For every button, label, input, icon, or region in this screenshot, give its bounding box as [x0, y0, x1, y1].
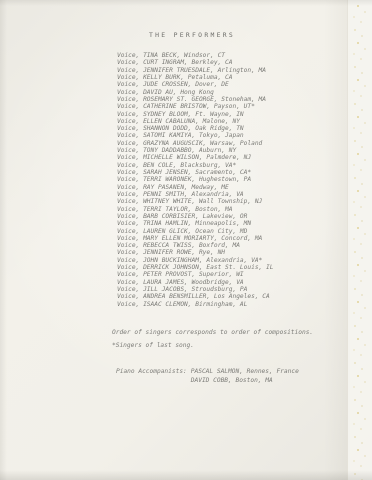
torn-edge-texture — [347, 0, 372, 480]
list-item: Voice, LAURA JAMES, Woodbridge, VA — [117, 279, 273, 286]
list-item: Voice, WHITNEY WHITE, Wall Township, NJ — [117, 198, 273, 205]
list-item: Voice, ELLEN CABALUNA, Malone, NY — [117, 118, 273, 125]
list-item: Voice, BEN COLE, Blacksburg, VA* — [117, 162, 273, 169]
list-item: Voice, ROSEMARY ST. GEORGE, Stoneham, MA — [117, 96, 273, 103]
list-item: Voice, CATHERINE BRISTOW, Payson, UT* — [117, 103, 273, 110]
list-item: Voice, REBECCA TWISS, Boxford, MA — [117, 242, 273, 249]
list-item: Voice, JENNIFER TRUESDALE, Arlington, MA — [117, 67, 273, 74]
list-item: Voice, ANDREA BENSMILLER, Los Angeles, C… — [117, 293, 273, 300]
list-item: Voice, MICHELLE WILSON, Palmdere, NJ — [117, 154, 273, 161]
list-item: Voice, KELLY BURK, Petaluma, CA — [117, 74, 273, 81]
list-item: Voice, SATOMI KAMIYA, Tokyo, Japan — [117, 132, 273, 139]
list-item: Voice, JOHN BUCKINGHAM, Alexandria, VA* — [117, 257, 273, 264]
list-item: Voice, TONY DADDABBO, Auburn, NY — [117, 147, 273, 154]
list-item: Voice, LAUREN GLICK, Ocean City, MD — [117, 228, 273, 235]
list-item: Voice, ISAAC CLEMON, Birmingham, AL — [117, 301, 273, 308]
accompanists-names: PASCAL SALMON, Rennes, FranceDAVID COBB,… — [191, 367, 299, 385]
accompanist-line: DAVID COBB, Boston, MA — [191, 376, 299, 385]
performers-list: Voice, TINA BECK, Windsor, CTVoice, CURT… — [117, 52, 273, 308]
list-item: Voice, JUDE CROSSEN, Dover, DE — [117, 81, 273, 88]
list-item: Voice, TINA BECK, Windsor, CT — [117, 52, 273, 59]
list-item: Voice, JENNIFER ROWE, Rye, NH — [117, 249, 273, 256]
page-edge-shadow-top — [0, 0, 372, 6]
list-item: Voice, SYDNEY BLOOM, Ft. Wayne, IN — [117, 111, 273, 118]
list-item: Voice, PETER PROVOST, Superior, WI — [117, 271, 273, 278]
list-item: Voice, DERRICK JOHNSON, East St. Louis, … — [117, 264, 273, 271]
list-item: Voice, CURT INGRAM, Berkley, CA — [117, 59, 273, 66]
list-item: Voice, DAVID AU, Hong Kong — [117, 89, 273, 96]
accompanists-block: Piano Accompanists: PASCAL SALMON, Renne… — [116, 367, 299, 385]
scanned-page: THE PERFORMERS Voice, TINA BECK, Windsor… — [0, 0, 372, 480]
accompanists-label: Piano Accompanists: — [116, 367, 187, 376]
list-item: Voice, TRINA HAMLIN, Minneapolis, MN — [117, 220, 273, 227]
list-item: Voice, TERRI TAYLOR, Boston, MA — [117, 206, 273, 213]
page-title: THE PERFORMERS — [149, 31, 235, 39]
list-item: Voice, SHANNON DODD, Oak Ridge, TN — [117, 125, 273, 132]
list-item: Voice, BARB CORBISIER, Lakeview, OR — [117, 213, 273, 220]
page-edge-shadow-bottom — [0, 470, 372, 480]
accompanist-line: PASCAL SALMON, Rennes, France — [191, 367, 299, 376]
list-item: Voice, MARY ELLEN MORIARTY, Concord, MA — [117, 235, 273, 242]
page-edge-shadow-left — [0, 0, 7, 480]
list-item: Voice, PENNI SMITH, Alexandria, VA — [117, 191, 273, 198]
list-item: Voice, JILL JACOBS, Stroudsburg, PA — [117, 286, 273, 293]
note-order: Order of singers corresponds to order of… — [112, 329, 313, 336]
footnotes: Order of singers corresponds to order of… — [112, 329, 313, 350]
list-item: Voice, TERRI WARONEK, Hughestown, PA — [117, 176, 273, 183]
note-asterisk: *Singers of last song. — [112, 342, 313, 349]
list-item: Voice, RAY PASANEN, Medway, ME — [117, 184, 273, 191]
list-item: Voice, GRAZYNA AUGUSCIK, Warsaw, Poland — [117, 140, 273, 147]
